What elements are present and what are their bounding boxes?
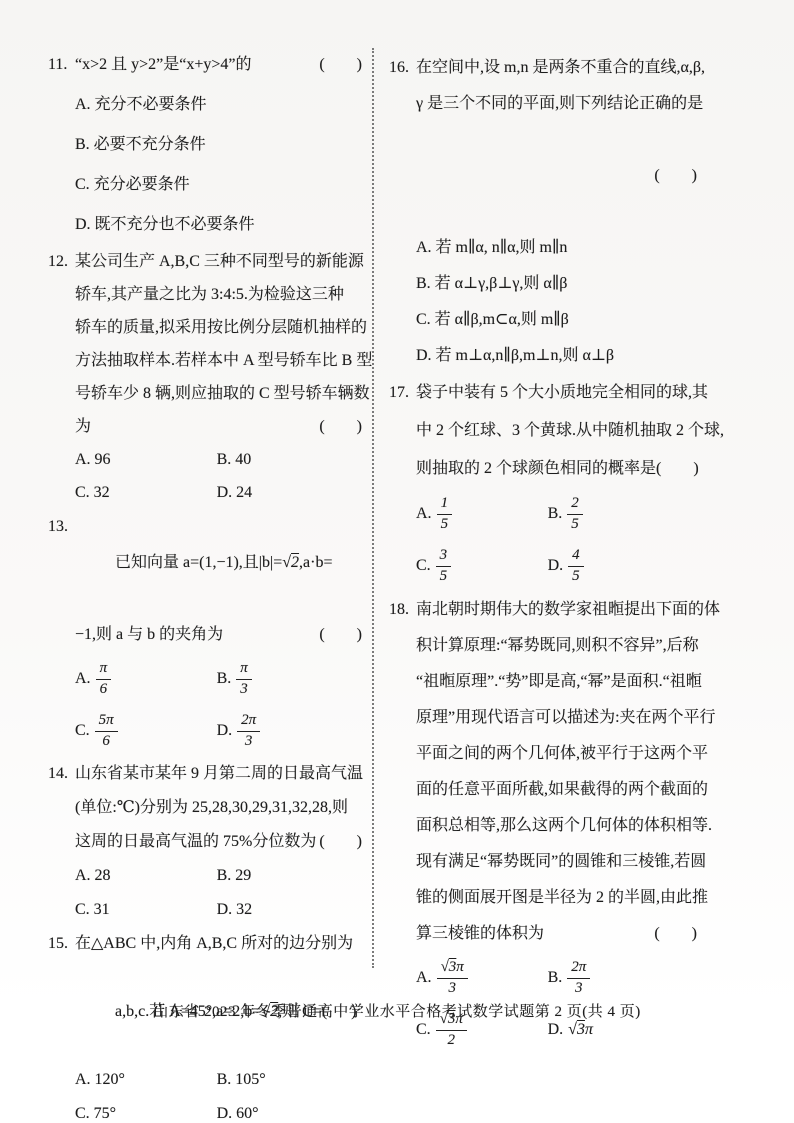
stem-line: 积计算原理:“幂势既同,则积不容异”,后称	[416, 628, 745, 664]
stem-line: 面的任意平面所截,如果截得的两个截面的	[416, 772, 745, 808]
option-a: A. 120°	[75, 1063, 217, 1097]
option-row: A. 28 B. 29	[75, 859, 370, 893]
option-label: C.	[416, 1021, 431, 1038]
numerator: 2π	[567, 959, 590, 977]
numerator: π	[96, 660, 112, 678]
stem-line: 轿车,其产量之比为 3:4:5.为检验这三种	[75, 278, 370, 311]
denominator: 3	[567, 978, 590, 997]
question-number: 12.	[48, 245, 68, 278]
stem-line: γ 是三个不同的平面,则下列结论正确的是	[416, 86, 745, 122]
option-label: B.	[217, 670, 232, 687]
stem-line: 为 ( )	[75, 410, 370, 443]
numerator: 3	[436, 547, 452, 565]
option-label: B.	[548, 505, 563, 522]
sqrt-expression: √3π	[568, 1021, 593, 1038]
option-a: A. 28	[75, 859, 217, 893]
option-row: A.π6 B.π3	[75, 653, 370, 705]
fraction: 15	[437, 495, 453, 533]
question-number: 13.	[48, 509, 68, 545]
option-d: D.√3π	[548, 1021, 745, 1039]
option-c: C.35	[416, 547, 548, 585]
stem-line: “x>2 且 y>2”是“x+y>4”的 ( )	[75, 45, 370, 85]
option-a: A. 若 m∥α, n∥α,则 m∥n	[416, 230, 745, 266]
option-a: A.π6	[75, 660, 217, 698]
numerator: 2	[567, 495, 583, 513]
option-row: C. 75° D. 60°	[75, 1097, 370, 1123]
stem-line: 轿车的质量,拟采用按比例分层随机抽样的	[75, 311, 370, 344]
option-c: C. 75°	[75, 1097, 217, 1123]
option-b: B.25	[548, 495, 745, 533]
stem-line: (单位:℃)分别为 25,28,30,29,31,32,28,则	[75, 791, 370, 825]
fraction: 5π6	[95, 712, 118, 750]
stem-line: 算三棱锥的体积为 ( )	[416, 916, 745, 952]
stem-text: −1,则 a 与 b 的夹角为	[75, 617, 223, 653]
stem-text: 这周的日最高气温的 75%分位数为	[75, 825, 316, 859]
option-label: A.	[416, 505, 432, 522]
denominator: 3	[236, 679, 252, 698]
stem-line: 号轿车少 8 辆,则应抽取的 C 型号轿车辆数	[75, 377, 370, 410]
option-row: A. 96 B. 40	[75, 443, 370, 476]
question-number: 15.	[48, 927, 68, 961]
option-label: D.	[548, 557, 564, 574]
option-label: B.	[548, 969, 563, 986]
fraction: √3π3	[437, 959, 468, 997]
stem-text: 为	[75, 410, 91, 443]
option-c: C.5π6	[75, 712, 217, 750]
stem-line: 山东省某市某年 9 月第二周的日最高气温	[75, 757, 370, 791]
numerator-suffix: π	[456, 959, 464, 975]
stem-line: ( )	[416, 122, 745, 230]
fraction: π3	[236, 660, 252, 698]
option-row: A. 120° B. 105°	[75, 1063, 370, 1097]
stem-text: 已知向量 a=(1,−1),且|b|=	[115, 554, 282, 571]
right-column: 16. 在空间中,设 m,n 是两条不重合的直线,α,β, γ 是三个不同的平面…	[389, 50, 745, 1056]
question-number: 18.	[389, 592, 409, 628]
option-label: C.	[75, 722, 90, 739]
fraction: 35	[436, 547, 452, 585]
stem-line: 现有满足“幂势既同”的圆锥和三棱锥,若圆	[416, 844, 745, 880]
denominator: 5	[568, 566, 584, 585]
suffix: π	[585, 1021, 593, 1038]
stem-text: ,a·b=	[299, 554, 332, 571]
question-number: 11.	[48, 45, 67, 85]
option-d: D. 若 m⊥α,n∥β,m⊥n,则 α⊥β	[416, 338, 745, 374]
stem-line: −1,则 a 与 b 的夹角为 ( )	[75, 617, 370, 653]
denominator: 6	[96, 679, 112, 698]
answer-brackets: ( )	[654, 167, 697, 184]
left-column: 11. “x>2 且 y>2”是“x+y>4”的 ( ) A. 充分不必要条件 …	[48, 45, 370, 1123]
option-b: B. 40	[217, 443, 370, 476]
answer-brackets: ( )	[319, 410, 362, 443]
option-a: A.15	[416, 495, 548, 533]
answer-brackets: ( )	[656, 450, 699, 488]
stem-line: “祖暅原理”.“势”即是高,“幂”是面积.“祖暅	[416, 664, 745, 700]
option-row: C. 32 D. 24	[75, 476, 370, 509]
answer-brackets: ( )	[319, 825, 362, 859]
option-d: D. 24	[217, 476, 370, 509]
fraction: 2π3	[567, 959, 590, 997]
question-17: 17. 袋子中装有 5 个大小质地完全相同的球,其 中 2 个红球、3 个黄球.…	[389, 374, 745, 592]
stem-line: 袋子中装有 5 个大小质地完全相同的球,其	[416, 374, 745, 412]
stem-line: 面积总相等,那么这两个几何体的体积相等.	[416, 808, 745, 844]
option-label: D.	[548, 1021, 564, 1038]
option-d: D.45	[548, 547, 745, 585]
question-13: 13. 已知向量 a=(1,−1),且|b|=√2,a·b= −1,则 a 与 …	[48, 509, 370, 757]
stem-text: “x>2 且 y>2”是“x+y>4”的	[75, 45, 252, 85]
stem-line: 这周的日最高气温的 75%分位数为 ( )	[75, 825, 370, 859]
option-a: A. 充分不必要条件	[75, 85, 370, 125]
numerator: π	[236, 660, 252, 678]
option-row: C.5π6 D.2π3	[75, 705, 370, 757]
option-d: D. 60°	[217, 1097, 370, 1123]
question-number: 17.	[389, 374, 409, 412]
sqrt-sign: √	[441, 959, 449, 975]
question-16: 16. 在空间中,设 m,n 是两条不重合的直线,α,β, γ 是三个不同的平面…	[389, 50, 745, 374]
option-label: D.	[217, 722, 233, 739]
denominator: 5	[567, 514, 583, 533]
option-row: A.√3π3 B.2π3	[416, 952, 745, 1004]
stem-text: 则抽取的 2 个球颜色相同的概率是	[416, 450, 656, 488]
stem-line: 方法抽取样本.若样本中 A 型号轿车比 B 型	[75, 344, 370, 377]
question-number: 14.	[48, 757, 68, 791]
option-d: D.2π3	[217, 712, 370, 750]
sqrt-expression: √2	[282, 554, 299, 571]
option-label: C.	[416, 557, 431, 574]
denominator: 6	[95, 731, 118, 750]
question-15: 15. 在△ABC 中,内角 A,B,C 所对的边分别为 a,b,c.若 A=4…	[48, 927, 370, 1123]
sqrt-sign: √	[282, 554, 291, 571]
option-c: C. 31	[75, 893, 217, 927]
denominator: 5	[437, 514, 453, 533]
answer-brackets: ( )	[319, 45, 362, 85]
question-12: 12. 某公司生产 A,B,C 三种不同型号的新能源 轿车,其产量之比为 3:4…	[48, 245, 370, 509]
option-c: C. 若 α∥β,m⊂α,则 m∥β	[416, 302, 745, 338]
numerator: 4	[568, 547, 584, 565]
denominator: 3	[237, 731, 260, 750]
option-label: A.	[75, 670, 91, 687]
stem-line: 在空间中,设 m,n 是两条不重合的直线,α,β,	[416, 50, 745, 86]
question-11: 11. “x>2 且 y>2”是“x+y>4”的 ( ) A. 充分不必要条件 …	[48, 45, 370, 245]
numerator: 1	[437, 495, 453, 513]
question-14: 14. 山东省某市某年 9 月第二周的日最高气温 (单位:℃)分别为 25,28…	[48, 757, 370, 927]
option-b: B.2π3	[548, 959, 745, 997]
fraction: 45	[568, 547, 584, 585]
fraction: 25	[567, 495, 583, 533]
page-footer: 山东省 2023 年冬季普通高中学业水平合格考试数学试题第 2 页(共 4 页)	[0, 1000, 794, 1021]
stem-line: 则抽取的 2 个球颜色相同的概率是 ( )	[416, 450, 745, 488]
denominator: 3	[437, 978, 468, 997]
exam-page: 11. “x>2 且 y>2”是“x+y>4”的 ( ) A. 充分不必要条件 …	[0, 0, 794, 1123]
option-b: B. 若 α⊥γ,β⊥γ,则 α∥β	[416, 266, 745, 302]
option-row: C. 31 D. 32	[75, 893, 370, 927]
option-b: B. 29	[217, 859, 370, 893]
stem-line: 已知向量 a=(1,−1),且|b|=√2,a·b=	[75, 509, 370, 617]
stem-line: 锥的侧面展开图是半径为 2 的半圆,由此推	[416, 880, 745, 916]
question-number: 16.	[389, 50, 409, 86]
question-18: 18. 南北朝时期伟大的数学家祖暅提出下面的体 积计算原理:“幂势既同,则积不容…	[389, 592, 745, 1056]
stem-line: 在△ABC 中,内角 A,B,C 所对的边分别为	[75, 927, 370, 961]
stem-line: 中 2 个红球、3 个黄球.从中随机抽取 2 个球,	[416, 412, 745, 450]
column-divider	[372, 48, 374, 968]
answer-brackets: ( )	[654, 916, 697, 952]
option-row: C.35 D.45	[416, 540, 745, 592]
numerator: 2π	[237, 712, 260, 730]
option-b: B.π3	[217, 660, 370, 698]
option-a: A.√3π3	[416, 959, 548, 997]
fraction: 2π3	[237, 712, 260, 750]
option-b: B. 必要不充分条件	[75, 125, 370, 165]
fraction: π6	[96, 660, 112, 698]
option-label: A.	[416, 969, 432, 986]
option-c: C. 32	[75, 476, 217, 509]
option-a: A. 96	[75, 443, 217, 476]
option-d: D. 既不充分也不必要条件	[75, 205, 370, 245]
answer-brackets: ( )	[319, 617, 362, 653]
stem-line: 原理”用现代语言可以描述为:夹在两个平行	[416, 700, 745, 736]
numerator: √3π	[437, 959, 468, 977]
denominator: 5	[436, 566, 452, 585]
radicand: 2	[291, 554, 299, 571]
option-d: D. 32	[217, 893, 370, 927]
stem-line: 南北朝时期伟大的数学家祖暅提出下面的体	[416, 592, 745, 628]
stem-line: 平面之间的两个几何体,被平行于这两个平	[416, 736, 745, 772]
radicand: 3	[577, 1021, 585, 1038]
option-c: C. 充分必要条件	[75, 165, 370, 205]
option-row: A.15 B.25	[416, 488, 745, 540]
denominator: 2	[436, 1030, 467, 1049]
option-b: B. 105°	[217, 1063, 370, 1097]
sqrt-sign: √	[568, 1021, 577, 1038]
numerator: 5π	[95, 712, 118, 730]
stem-text: 算三棱锥的体积为	[416, 916, 544, 952]
stem-line: 某公司生产 A,B,C 三种不同型号的新能源	[75, 245, 370, 278]
